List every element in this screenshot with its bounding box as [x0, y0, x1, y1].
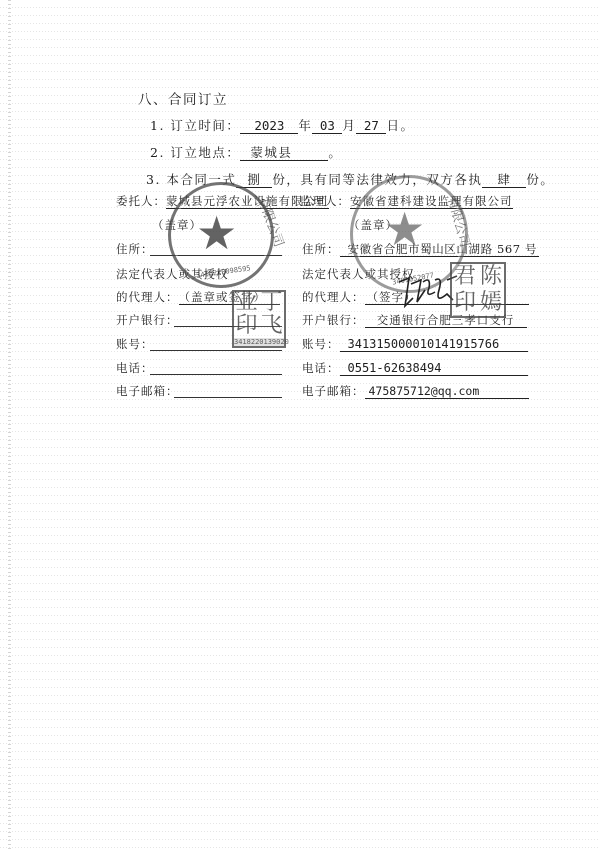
supervisor-email: 475875712@qq.com	[365, 384, 529, 399]
account-label: 账号：	[302, 337, 340, 351]
bank-label: 开户银行：	[302, 313, 365, 327]
seal-char: 印	[454, 292, 476, 314]
client-personal-seal: 业 丁 印 飞 3418220139020	[232, 290, 286, 348]
clause-end: 。	[328, 145, 342, 160]
phone-label: 电话：	[302, 361, 340, 375]
seal-char: 丁	[260, 292, 282, 314]
seal-char: 嫣	[480, 292, 502, 314]
supervisor-seal-star-icon: ★	[384, 206, 425, 252]
supervisor-account-row: 账号：341315000010141915766	[302, 336, 528, 352]
supervisor-label: 监理人：	[300, 194, 350, 208]
agent-label: 的代理人：	[302, 290, 365, 304]
client-account-label: 账号：	[116, 336, 154, 352]
client-email-label: 电子邮箱：	[116, 383, 179, 399]
email-label: 电子邮箱：	[302, 384, 365, 398]
month-value: 03	[312, 119, 342, 134]
client-phone-label: 电话：	[116, 360, 154, 376]
supervisor-personal-seal: 君 陈 印 嫣	[450, 262, 506, 318]
copies-each: 肆	[482, 173, 526, 188]
seal-char: 陈	[480, 266, 502, 288]
clause-label: 1. 订立时间：	[150, 118, 240, 133]
seal-char: 印	[235, 315, 257, 337]
client-email-field	[174, 397, 282, 398]
clause-signing-date: 1. 订立时间：2023年03月27日。	[150, 116, 414, 134]
client-account-field	[150, 350, 282, 351]
seal-code: 3418220139020	[234, 338, 284, 346]
client-seal-star-icon: ★	[196, 210, 237, 256]
section-title: 八、合同订立	[138, 88, 228, 108]
supervisor-phone-row: 电话：0551-62638494	[302, 360, 528, 376]
year-value: 2023	[240, 119, 298, 134]
agent-label: 的代理人：	[116, 290, 179, 304]
month-unit: 月	[342, 118, 356, 133]
day-value: 27	[356, 119, 386, 134]
supervisor-account: 341315000010141915766	[340, 337, 528, 352]
client-address-label: 住所：	[116, 241, 154, 257]
place-value: 蒙城县	[240, 146, 328, 161]
clause-signing-place: 2. 订立地点：蒙城县。	[150, 143, 342, 161]
year-unit: 年	[298, 118, 312, 133]
seal-char: 业	[235, 292, 257, 314]
client-label: 委托人：	[116, 194, 166, 208]
seal-char: 君	[454, 266, 476, 288]
seal-char: 飞	[260, 315, 282, 337]
client-phone-field	[150, 374, 282, 375]
supervisor-phone: 0551-62638494	[340, 361, 528, 376]
clause-label: 2. 订立地点：	[150, 145, 240, 160]
client-bank-label: 开户银行：	[116, 312, 179, 328]
address-label: 住所：	[302, 242, 340, 256]
scan-edge-artifact	[8, 0, 11, 849]
day-unit: 日。	[386, 118, 414, 133]
clause-suffix: 份。	[526, 172, 554, 187]
supervisor-email-row: 电子邮箱：475875712@qq.com	[302, 383, 529, 399]
